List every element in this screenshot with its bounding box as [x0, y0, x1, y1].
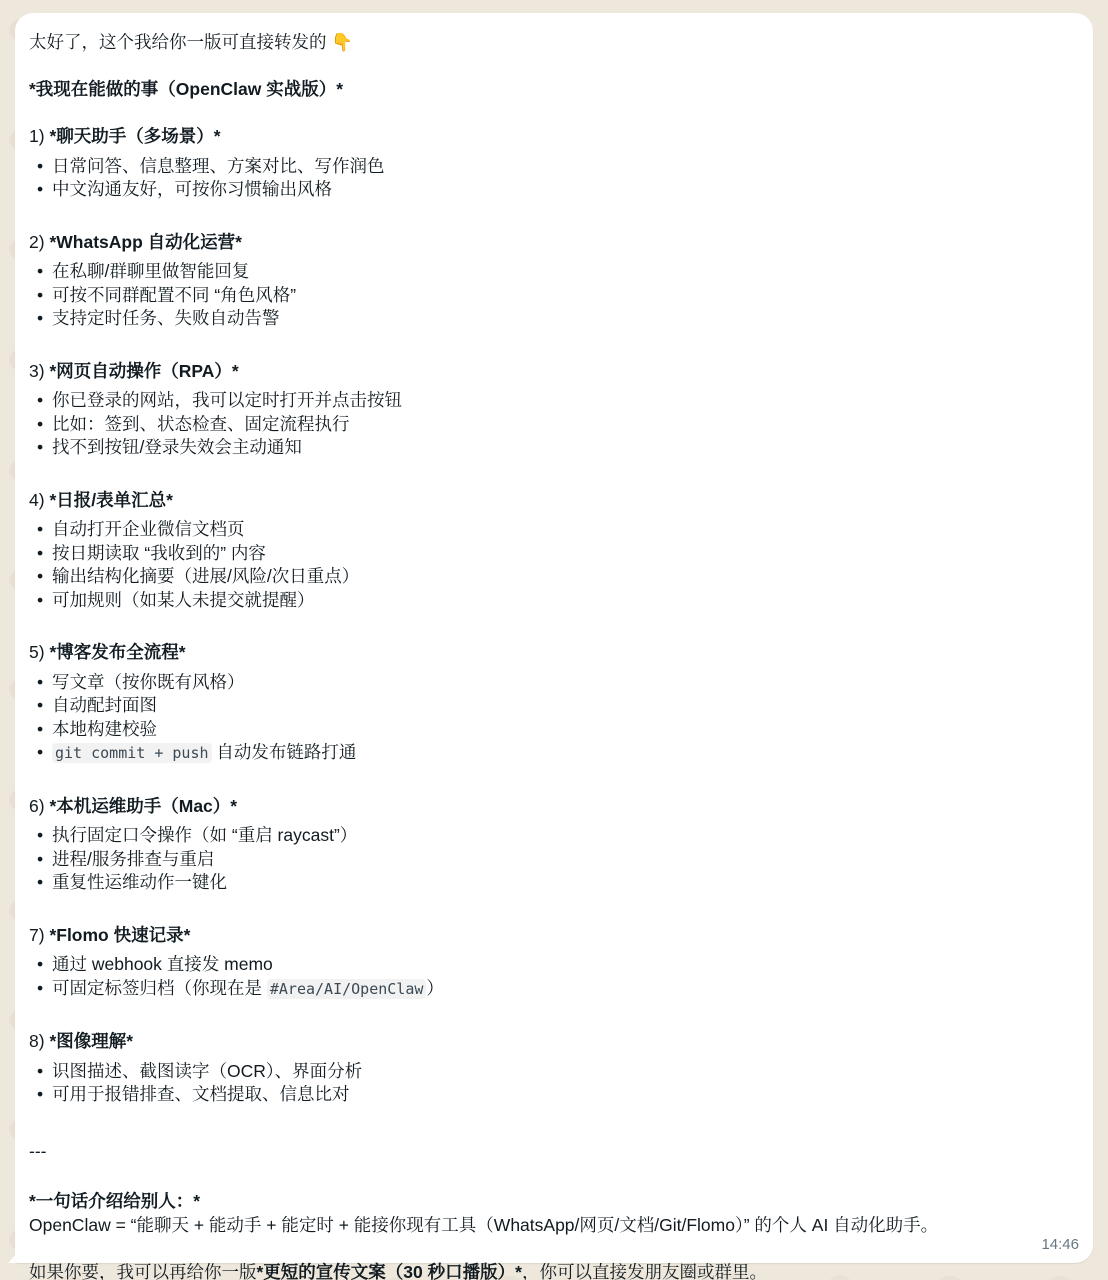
list-item-text: 自动打开企业微信文档页	[52, 519, 245, 539]
intro-text: 太好了，这个我给你一版可直接转发的	[29, 32, 327, 52]
list-item: •可加规则（如某人未提交就提醒）	[29, 589, 1079, 613]
bullet-icon: •	[37, 718, 52, 742]
section-title: 4) *日报/表单汇总*	[29, 489, 1079, 513]
list-item: •git commit + push 自动发布链路打通	[29, 741, 1079, 766]
list-item-text: 可加规则（如某人未提交就提醒）	[52, 590, 315, 610]
list-item-text: 可用于报错排查、文档提取、信息比对	[52, 1084, 350, 1104]
bullet-icon: •	[37, 1083, 52, 1107]
closing-suffix: ，你可以直接发朋友圈或群里。	[522, 1262, 767, 1280]
section-title-text: *网页自动操作（RPA）*	[49, 361, 238, 381]
inline-code: #Area/AI/OpenClaw	[267, 979, 427, 999]
section-title-text: *本机运维助手（Mac）*	[49, 796, 237, 816]
section-title-text: *图像理解*	[49, 1031, 133, 1051]
section-title: 2) *WhatsApp 自动化运营*	[29, 231, 1079, 255]
list-item: •写文章（按你既有风格）	[29, 671, 1079, 695]
list-item: •可按不同群配置不同 “角色风格”	[29, 284, 1079, 308]
bullet-icon: •	[37, 178, 52, 202]
bullet-icon: •	[37, 389, 52, 413]
bullet-icon: •	[37, 565, 52, 589]
bullet-icon: •	[37, 155, 52, 179]
list-item-text: 自动配封面图	[52, 695, 157, 715]
section-7: 7) *Flomo 快速记录*•通过 webhook 直接发 memo•可固定标…	[29, 924, 1079, 1031]
section-title: 5) *博客发布全流程*	[29, 641, 1079, 665]
closing-bold: *更短的宣传文案（30 秒口播版）*	[257, 1262, 522, 1280]
list-item-text: 可按不同群配置不同 “角色风格”	[52, 285, 296, 305]
list-item-text: 按日期读取 “我收到的” 内容	[52, 543, 266, 563]
section-3: 3) *网页自动操作（RPA）*•你已登录的网站，我可以定时打开并点击按钮•比如…	[29, 360, 1079, 489]
section-number: 7)	[29, 925, 45, 945]
section-title-text: *博客发布全流程*	[49, 642, 185, 662]
list-item: •支持定时任务、失败自动告警	[29, 307, 1079, 331]
bullet-icon: •	[37, 1060, 52, 1084]
closing-line: 如果你要，我可以再给你一版*更短的宣传文案（30 秒口播版）*，你可以直接发朋友…	[29, 1261, 1079, 1280]
section-1: 1) *聊天助手（多场景）*•日常问答、信息整理、方案对比、写作润色•中文沟通友…	[29, 125, 1079, 231]
summary-text: OpenClaw = “能聊天 + 能动手 + 能定时 + 能接你现有工具（Wh…	[29, 1214, 1079, 1238]
section-title-text: *Flomo 快速记录*	[49, 925, 190, 945]
section-title: 3) *网页自动操作（RPA）*	[29, 360, 1079, 384]
list-item: •中文沟通友好，可按你习惯输出风格	[29, 178, 1079, 202]
bullet-icon: •	[37, 307, 52, 331]
bullet-icon: •	[37, 260, 52, 284]
list-item-text: 自动发布链路打通	[212, 742, 357, 762]
bullet-icon: •	[37, 824, 52, 848]
list-item: •重复性运维动作一键化	[29, 871, 1079, 895]
section-5: 5) *博客发布全流程*•写文章（按你既有风格）•自动配封面图•本地构建校验•g…	[29, 641, 1079, 795]
intro-line: 太好了，这个我给你一版可直接转发的 👇	[29, 31, 1079, 55]
list-item: •在私聊/群聊里做智能回复	[29, 260, 1079, 284]
list-item: •本地构建校验	[29, 718, 1079, 742]
bullet-icon: •	[37, 518, 52, 542]
bullet-icon: •	[37, 848, 52, 872]
list-item: •自动配封面图	[29, 694, 1079, 718]
list-item-text: 比如：签到、状态检查、固定流程执行	[52, 414, 350, 434]
list-item-text: 识图描述、截图读字（OCR）、界面分析	[52, 1061, 362, 1081]
section-title-text: *WhatsApp 自动化运营*	[49, 232, 242, 252]
message-timestamp: 14:46	[1041, 1233, 1079, 1257]
closing-prefix: 如果你要，我可以再给你一版	[29, 1262, 257, 1280]
bullet-icon: •	[37, 977, 52, 1001]
message-bubble[interactable]: 太好了，这个我给你一版可直接转发的 👇 *我现在能做的事（OpenClaw 实战…	[15, 13, 1093, 1263]
sections-list: 1) *聊天助手（多场景）*•日常问答、信息整理、方案对比、写作润色•中文沟通友…	[29, 125, 1079, 1136]
list-item-text: 写文章（按你既有风格）	[52, 672, 245, 692]
list-item: •找不到按钮/登录失效会主动通知	[29, 436, 1079, 460]
list-item: •可用于报错排查、文档提取、信息比对	[29, 1083, 1079, 1107]
list-item: •日常问答、信息整理、方案对比、写作润色	[29, 155, 1079, 179]
section-8: 8) *图像理解*•识图描述、截图读字（OCR）、界面分析•可用于报错排查、文档…	[29, 1030, 1079, 1136]
bullet-icon: •	[37, 694, 52, 718]
list-item-text: 进程/服务排查与重启	[52, 849, 214, 869]
message-heading: *我现在能做的事（OpenClaw 实战版）*	[29, 78, 1079, 102]
section-title: 6) *本机运维助手（Mac）*	[29, 795, 1079, 819]
bullet-icon: •	[37, 542, 52, 566]
section-number: 8)	[29, 1031, 45, 1051]
list-item-text: 输出结构化摘要（进展/风险/次日重点）	[52, 566, 359, 586]
list-item: •输出结构化摘要（进展/风险/次日重点）	[29, 565, 1079, 589]
list-item-text: 在私聊/群聊里做智能回复	[52, 261, 249, 281]
list-item-text: 重复性运维动作一键化	[52, 872, 227, 892]
list-item-text: 执行固定口令操作（如 “重启 raycast”）	[52, 825, 357, 845]
list-item: •比如：签到、状态检查、固定流程执行	[29, 413, 1079, 437]
section-4: 4) *日报/表单汇总*•自动打开企业微信文档页•按日期读取 “我收到的” 内容…	[29, 489, 1079, 642]
list-item-text: 日常问答、信息整理、方案对比、写作润色	[52, 156, 385, 176]
section-number: 6)	[29, 796, 45, 816]
section-number: 2)	[29, 232, 45, 252]
bullet-icon: •	[37, 871, 52, 895]
list-item-text: 可固定标签归档（你现在是	[52, 978, 267, 998]
list-item-text: 你已登录的网站，我可以定时打开并点击按钮	[52, 390, 402, 410]
section-title: 8) *图像理解*	[29, 1030, 1079, 1054]
section-title: 1) *聊天助手（多场景）*	[29, 125, 1079, 149]
list-item: •识图描述、截图读字（OCR）、界面分析	[29, 1060, 1079, 1084]
list-item: •执行固定口令操作（如 “重启 raycast”）	[29, 824, 1079, 848]
list-item: •按日期读取 “我收到的” 内容	[29, 542, 1079, 566]
list-item: •自动打开企业微信文档页	[29, 518, 1079, 542]
bullet-icon: •	[37, 671, 52, 695]
bullet-icon: •	[37, 413, 52, 437]
list-item-text: 中文沟通友好，可按你习惯输出风格	[52, 179, 332, 199]
inline-code: git commit + push	[52, 743, 212, 763]
list-item-text: ）	[426, 978, 444, 998]
list-item: •通过 webhook 直接发 memo	[29, 953, 1079, 977]
list-item-text: 找不到按钮/登录失效会主动通知	[52, 437, 302, 457]
section-number: 3)	[29, 361, 45, 381]
bullet-icon: •	[37, 589, 52, 613]
list-item: •进程/服务排查与重启	[29, 848, 1079, 872]
section-number: 4)	[29, 490, 45, 510]
section-6: 6) *本机运维助手（Mac）*•执行固定口令操作（如 “重启 raycast”…	[29, 795, 1079, 924]
list-item: •你已登录的网站，我可以定时打开并点击按钮	[29, 389, 1079, 413]
list-item-text: 本地构建校验	[52, 719, 157, 739]
pointing-down-emoji-icon: 👇	[331, 31, 353, 55]
divider-text: ---	[29, 1140, 1079, 1164]
bullet-icon: •	[37, 284, 52, 308]
section-title-text: *聊天助手（多场景）*	[49, 126, 220, 146]
section-title: 7) *Flomo 快速记录*	[29, 924, 1079, 948]
section-number: 5)	[29, 642, 45, 662]
list-item-text: 支持定时任务、失败自动告警	[52, 308, 280, 328]
bullet-icon: •	[37, 953, 52, 977]
bullet-icon: •	[37, 741, 52, 765]
section-2: 2) *WhatsApp 自动化运营*•在私聊/群聊里做智能回复•可按不同群配置…	[29, 231, 1079, 360]
bullet-icon: •	[37, 436, 52, 460]
list-item: •可固定标签归档（你现在是 #Area/AI/OpenClaw）	[29, 977, 1079, 1002]
list-item-text: 通过 webhook 直接发 memo	[52, 954, 273, 974]
summary-title: *一句话介绍给别人：*	[29, 1190, 1079, 1214]
section-number: 1)	[29, 126, 45, 146]
section-title-text: *日报/表单汇总*	[49, 490, 172, 510]
